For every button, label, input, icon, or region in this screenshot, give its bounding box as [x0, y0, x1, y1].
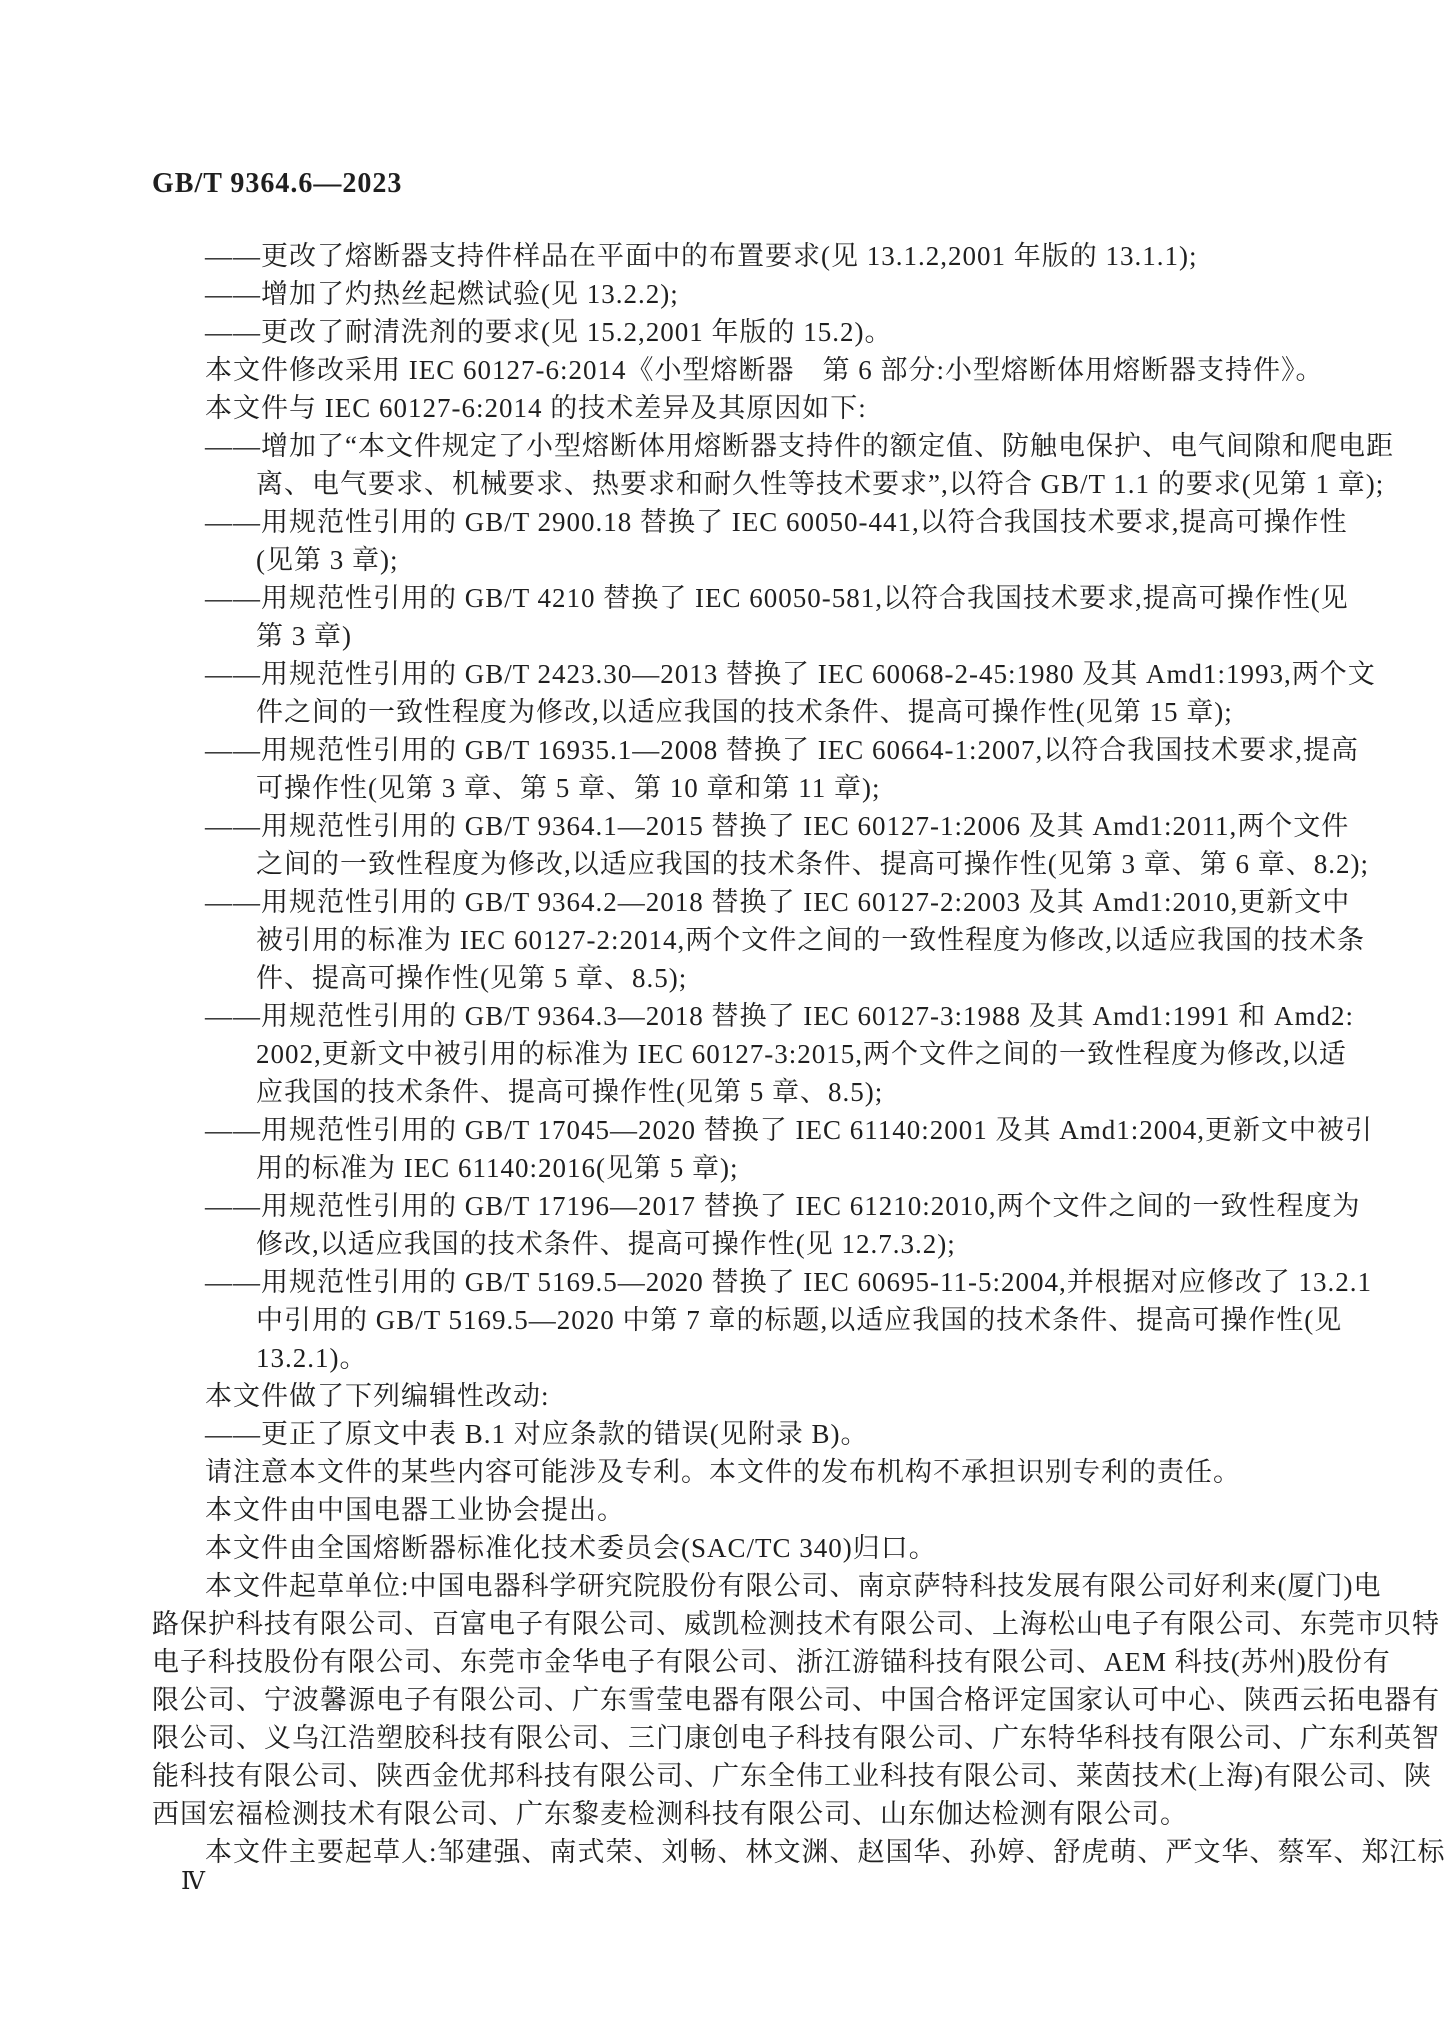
text-line: 本文件与 IEC 60127-6:2014 的技术差异及其原因如下: — [152, 389, 1402, 427]
text-line: 电子科技股份有限公司、东莞市金华电子有限公司、浙江游锚科技有限公司、AEM 科技… — [152, 1643, 1402, 1681]
text-line: 离、电气要求、机械要求、热要求和耐久性等技术要求”,以符合 GB/T 1.1 的… — [152, 465, 1402, 503]
text-line: ——用规范性引用的 GB/T 16935.1—2008 替换了 IEC 6066… — [152, 731, 1402, 769]
text-line: 本文件主要起草人:邹建强、南式荣、刘畅、林文渊、赵国华、孙婷、舒虎萌、严文华、蔡… — [152, 1833, 1402, 1871]
text-line: 能科技有限公司、陕西金优邦科技有限公司、广东全伟工业科技有限公司、莱茵技术(上海… — [152, 1757, 1402, 1795]
text-line: ——更改了熔断器支持件样品在平面中的布置要求(见 13.1.2,2001 年版的… — [152, 237, 1402, 275]
text-line: ——用规范性引用的 GB/T 17196—2017 替换了 IEC 61210:… — [152, 1187, 1402, 1225]
text-line: 限公司、宁波馨源电子有限公司、广东雪莹电器有限公司、中国合格评定国家认可中心、陕… — [152, 1681, 1402, 1719]
text-line: ——用规范性引用的 GB/T 4210 替换了 IEC 60050-581,以符… — [152, 579, 1402, 617]
text-line: ——用规范性引用的 GB/T 5169.5—2020 替换了 IEC 60695… — [152, 1263, 1402, 1301]
foreword-text-block: ——更改了熔断器支持件样品在平面中的布置要求(见 13.1.2,2001 年版的… — [152, 237, 1402, 1871]
text-line: 件、提高可操作性(见第 5 章、8.5); — [152, 959, 1402, 997]
text-line: 本文件由全国熔断器标准化技术委员会(SAC/TC 340)归口。 — [152, 1529, 1402, 1567]
text-line: ——用规范性引用的 GB/T 2423.30—2013 替换了 IEC 6006… — [152, 655, 1402, 693]
text-line: ——更改了耐清洗剂的要求(见 15.2,2001 年版的 15.2)。 — [152, 313, 1402, 351]
text-line: ——用规范性引用的 GB/T 2900.18 替换了 IEC 60050-441… — [152, 503, 1402, 541]
text-line: 用的标准为 IEC 61140:2016(见第 5 章); — [152, 1149, 1402, 1187]
text-line: ——用规范性引用的 GB/T 9364.3—2018 替换了 IEC 60127… — [152, 997, 1402, 1035]
text-line: 应我国的技术条件、提高可操作性(见第 5 章、8.5); — [152, 1073, 1402, 1111]
text-line: ——增加了“本文件规定了小型熔断体用熔断器支持件的额定值、防触电保护、电气间隙和… — [152, 427, 1402, 465]
text-line: 13.2.1)。 — [152, 1339, 1402, 1377]
text-line: 修改,以适应我国的技术条件、提高可操作性(见 12.7.3.2); — [152, 1225, 1402, 1263]
text-line: 本文件起草单位:中国电器科学研究院股份有限公司、南京萨特科技发展有限公司好利来(… — [152, 1567, 1402, 1605]
standard-number-header: GB/T 9364.6—2023 — [152, 168, 402, 200]
text-line: 之间的一致性程度为修改,以适应我国的技术条件、提高可操作性(见第 3 章、第 6… — [152, 845, 1402, 883]
text-line: 西国宏福检测技术有限公司、广东黎麦检测科技有限公司、山东伽达检测有限公司。 — [152, 1795, 1402, 1833]
text-line: 限公司、义乌江浩塑胶科技有限公司、三门康创电子科技有限公司、广东特华科技有限公司… — [152, 1719, 1402, 1757]
text-line: 中引用的 GB/T 5169.5—2020 中第 7 章的标题,以适应我国的技术… — [152, 1301, 1402, 1339]
text-line: 请注意本文件的某些内容可能涉及专利。本文件的发布机构不承担识别专利的责任。 — [152, 1453, 1402, 1491]
text-line: 路保护科技有限公司、百富电子有限公司、威凯检测技术有限公司、上海松山电子有限公司… — [152, 1605, 1402, 1643]
document-page: GB/T 9364.6—2023 ——更改了熔断器支持件样品在平面中的布置要求(… — [0, 0, 1445, 2044]
text-line: ——用规范性引用的 GB/T 9364.2—2018 替换了 IEC 60127… — [152, 883, 1402, 921]
text-line: 被引用的标准为 IEC 60127-2:2014,两个文件之间的一致性程度为修改… — [152, 921, 1402, 959]
text-line: (见第 3 章); — [152, 541, 1402, 579]
text-line: 本文件修改采用 IEC 60127-6:2014《小型熔断器 第 6 部分:小型… — [152, 351, 1402, 389]
page-number: Ⅳ — [181, 1867, 206, 1896]
text-line: 可操作性(见第 3 章、第 5 章、第 10 章和第 11 章); — [152, 769, 1402, 807]
text-line: ——更正了原文中表 B.1 对应条款的错误(见附录 B)。 — [152, 1415, 1402, 1453]
text-line: ——用规范性引用的 GB/T 9364.1—2015 替换了 IEC 60127… — [152, 807, 1402, 845]
text-line: 本文件做了下列编辑性改动: — [152, 1377, 1402, 1415]
text-line: ——增加了灼热丝起燃试验(见 13.2.2); — [152, 275, 1402, 313]
text-line: ——用规范性引用的 GB/T 17045—2020 替换了 IEC 61140:… — [152, 1111, 1402, 1149]
text-line: 第 3 章) — [152, 617, 1402, 655]
text-line: 本文件由中国电器工业协会提出。 — [152, 1491, 1402, 1529]
text-line: 2002,更新文中被引用的标准为 IEC 60127-3:2015,两个文件之间… — [152, 1035, 1402, 1073]
text-line: 件之间的一致性程度为修改,以适应我国的技术条件、提高可操作性(见第 15 章); — [152, 693, 1402, 731]
